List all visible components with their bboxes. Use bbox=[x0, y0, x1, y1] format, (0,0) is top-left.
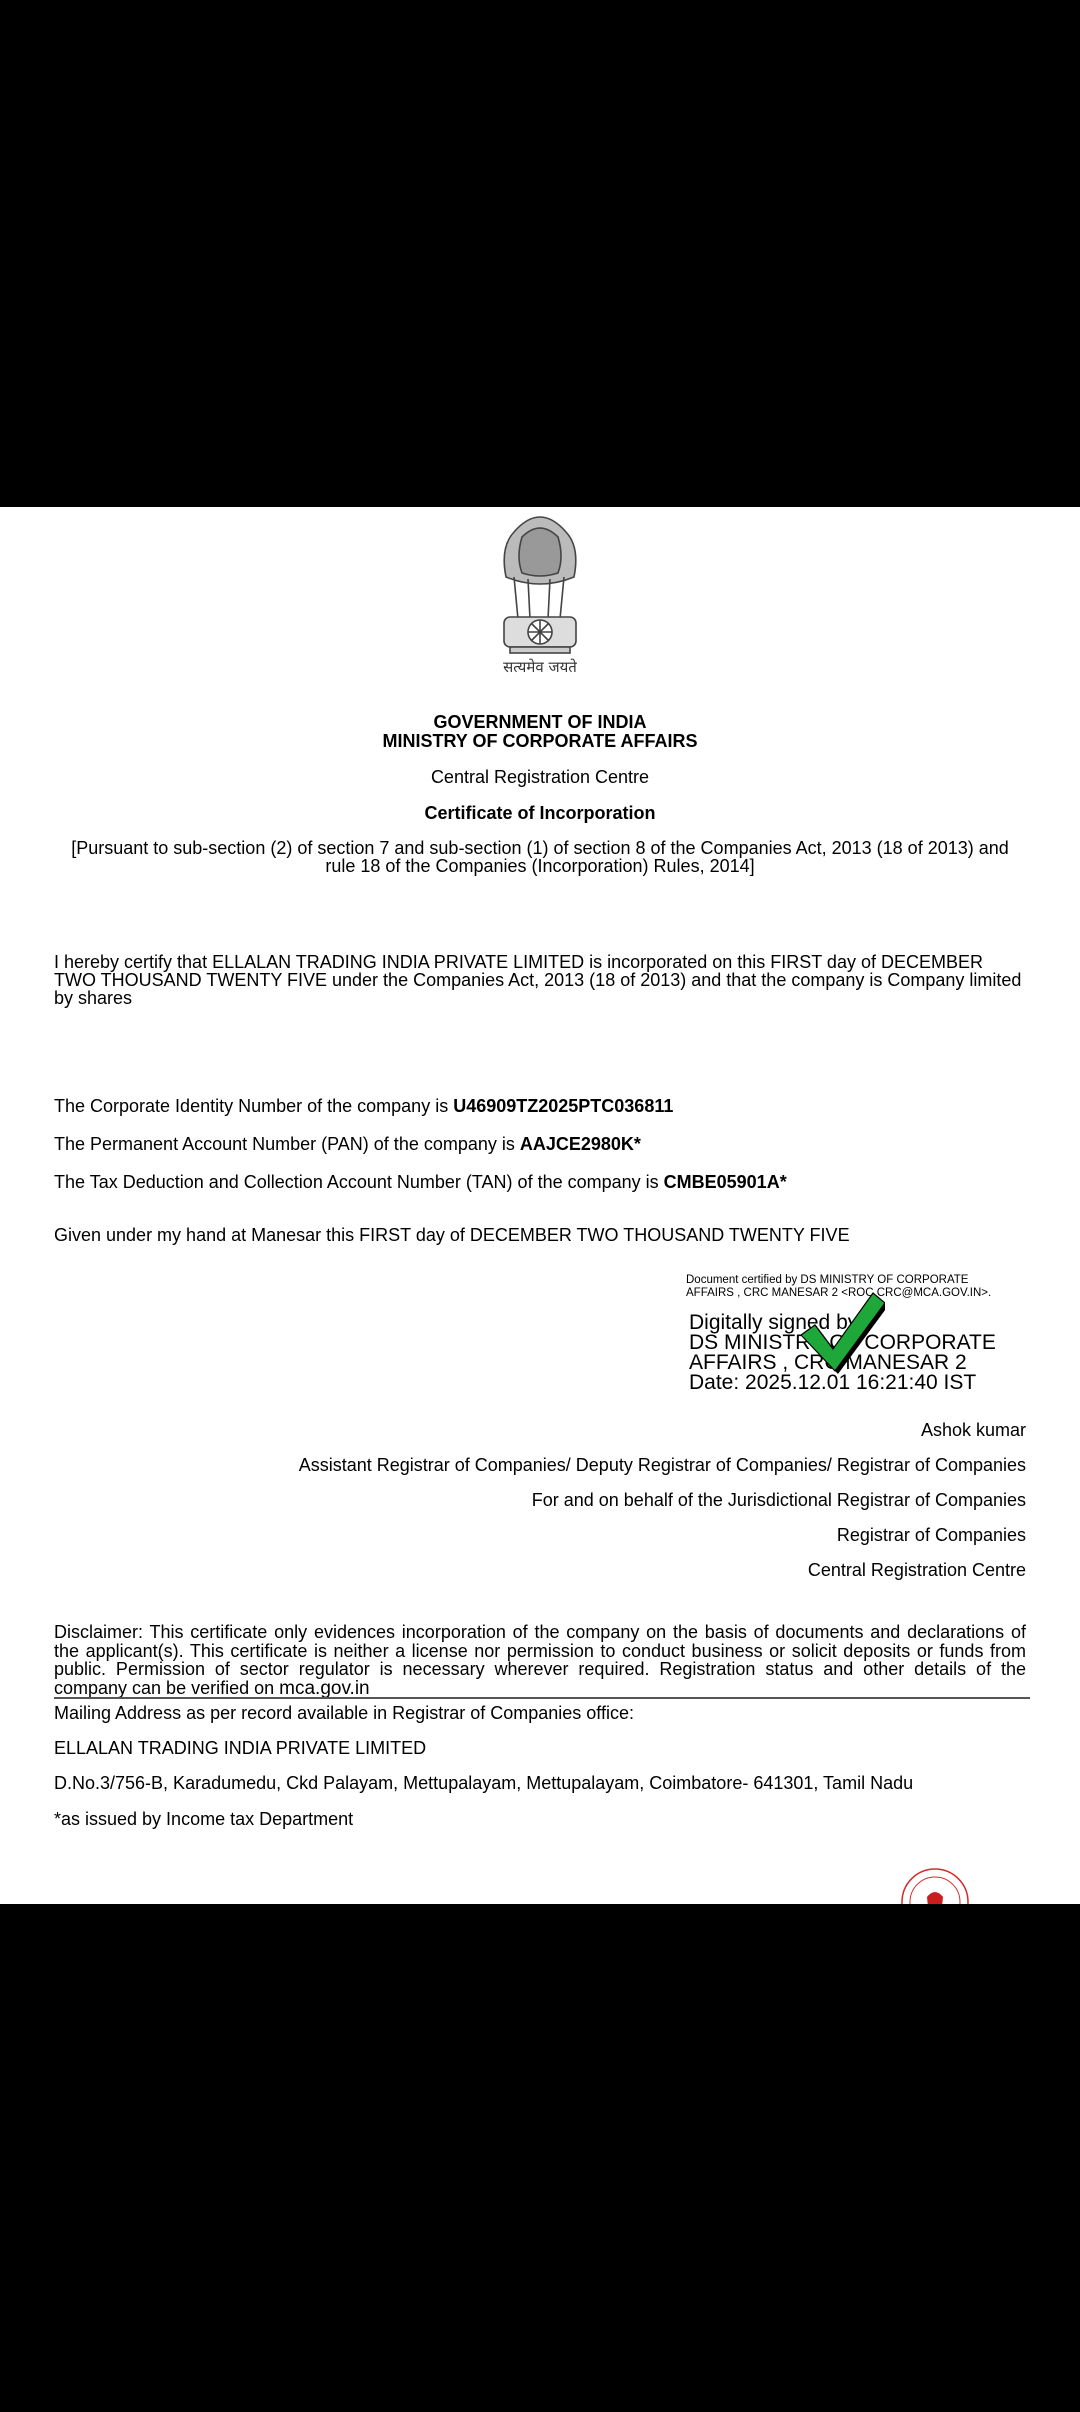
header-line-1: GOVERNMENT OF INDIA bbox=[0, 713, 1080, 732]
signature-valid-check-icon bbox=[795, 1287, 885, 1377]
disclaimer-text: Disclaimer: This certificate only eviden… bbox=[54, 1623, 1026, 1698]
national-emblem-icon bbox=[484, 507, 596, 677]
pan-value: AAJCE2980K* bbox=[520, 1134, 641, 1154]
pan-tan-footnote: *as issued by Income tax Department bbox=[54, 1809, 353, 1830]
pan-label: The Permanent Account Number (PAN) of th… bbox=[54, 1134, 520, 1154]
mca-seal-icon bbox=[900, 1867, 970, 1904]
tan-line: The Tax Deduction and Collection Account… bbox=[54, 1172, 787, 1193]
doc-certified-line-1: Document certified by DS MINISTRY OF COR… bbox=[686, 1274, 991, 1287]
cin-line: The Corporate Identity Number of the com… bbox=[54, 1096, 673, 1117]
given-under-hand: Given under my hand at Manesar this FIRS… bbox=[54, 1225, 850, 1246]
tan-label: The Tax Deduction and Collection Account… bbox=[54, 1172, 664, 1192]
page-title: Certificate of Incorporation bbox=[0, 803, 1080, 824]
signatory-behalf: For and on behalf of the Jurisdictional … bbox=[532, 1490, 1026, 1511]
pursuant-text: [Pursuant to sub-section (2) of section … bbox=[54, 839, 1026, 875]
cin-value: U46909TZ2025PTC036811 bbox=[453, 1096, 673, 1116]
mailing-address: D.No.3/756-B, Karadumedu, Ckd Palayam, M… bbox=[54, 1773, 913, 1794]
pan-line: The Permanent Account Number (PAN) of th… bbox=[54, 1134, 641, 1155]
mca-link[interactable]: mca.gov.in bbox=[279, 1678, 369, 1699]
header-centre: Central Registration Centre bbox=[0, 767, 1080, 788]
tan-value: CMBE05901A* bbox=[664, 1172, 787, 1192]
divider bbox=[54, 1697, 1030, 1699]
mailing-company-name: ELLALAN TRADING INDIA PRIVATE LIMITED bbox=[54, 1738, 426, 1759]
mailing-address-label: Mailing Address as per record available … bbox=[54, 1703, 634, 1724]
signatory-name: Ashok kumar bbox=[921, 1420, 1026, 1441]
emblem-motto: सत्यमेव जयते bbox=[0, 657, 1080, 677]
signatory-centre: Central Registration Centre bbox=[808, 1560, 1026, 1581]
signatory-designation: Assistant Registrar of Companies/ Deputy… bbox=[299, 1455, 1026, 1476]
header-government: GOVERNMENT OF INDIA MINISTRY OF CORPORAT… bbox=[0, 713, 1080, 751]
signatory-office: Registrar of Companies bbox=[837, 1525, 1026, 1546]
disclaimer-body: Disclaimer: This certificate only eviden… bbox=[54, 1622, 1026, 1698]
certification-text: I hereby certify that ELLALAN TRADING IN… bbox=[54, 953, 1026, 1007]
certificate-page: सत्यमेव जयते GOVERNMENT OF INDIA MINISTR… bbox=[0, 507, 1080, 1904]
header-line-2: MINISTRY OF CORPORATE AFFAIRS bbox=[0, 732, 1080, 751]
cin-label: The Corporate Identity Number of the com… bbox=[54, 1096, 453, 1116]
